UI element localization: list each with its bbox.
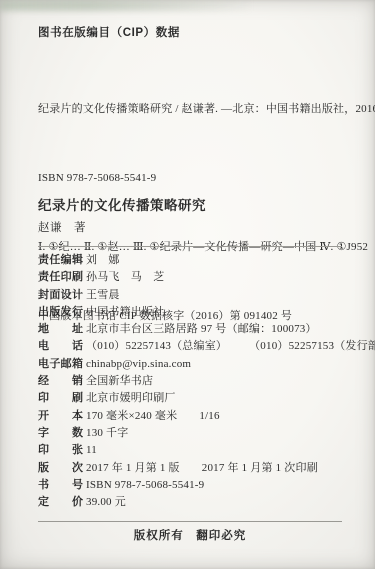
colophon-value: ISBN 978-7-5068-5541-9 [86, 477, 204, 494]
colophon-label: 定价 [38, 494, 83, 511]
colophon-row-printer: 印刷 北京市媛明印刷厂 [38, 390, 347, 407]
book-author: 赵谦 著 [38, 221, 347, 236]
book-copyright-page: 图书在版编目（CIP）数据 纪录片的文化传播策略研究 / 赵谦著. —北京：中国… [0, 0, 375, 569]
colophon-row-word-count: 字数 130 千字 [38, 425, 347, 442]
title-block: 纪录片的文化传播策略研究 赵谦 著 [38, 198, 347, 236]
book-title: 纪录片的文化传播策略研究 [38, 198, 347, 214]
colophon-label: 经销 [38, 373, 83, 390]
colophon-value: 全国新华书店 [86, 373, 153, 390]
colophon-value: 2017 年 1 月第 1 版 [86, 460, 180, 477]
cip-line-isbn: ISBN 978-7-5068-5541-9 [38, 167, 347, 190]
divider-bottom [38, 521, 342, 522]
colophon-row-cover-design: 封面设计 王雪晨 [38, 287, 347, 304]
divider-top [38, 246, 342, 247]
colophon-value: 39.00 元 [86, 494, 126, 511]
colophon-value: 孙马飞 马 芝 [86, 269, 164, 286]
colophon-row-sheets: 印张 11 [38, 442, 347, 459]
colophon-label: 电话 [38, 338, 83, 355]
colophon-row-distribution: 经销 全国新华书店 [38, 373, 347, 390]
colophon-row-editor: 责任编辑 刘 娜 [38, 252, 347, 269]
colophon-value: 中国书籍出版社 [86, 304, 164, 321]
colophon-label: 书号 [38, 477, 83, 494]
colophon-label: 版次 [38, 460, 83, 477]
colophon-list: 责任编辑 刘 娜 责任印刷 孙马飞 马 芝 封面设计 王雪晨 出版发行 中国书籍… [38, 252, 347, 511]
colophon-label: 责任印刷 [38, 269, 83, 286]
colophon-value: 刘 娜 [86, 252, 120, 269]
copyright-notice: 版权所有 翻印必究 [38, 528, 342, 544]
colophon-row-format: 开本 170 毫米×240 毫米 1/16 [38, 408, 347, 425]
colophon-value: 王雪晨 [86, 287, 120, 304]
colophon-value: 北京市丰台区三路居路 97 号（邮编：100073） [86, 321, 317, 338]
colophon-label: 出版发行 [38, 304, 83, 321]
colophon-row-address: 地址 北京市丰台区三路居路 97 号（邮编：100073） [38, 321, 347, 338]
colophon-label: 地址 [38, 321, 83, 338]
colophon-row-publisher: 出版发行 中国书籍出版社 [38, 304, 347, 321]
colophon-label: 封面设计 [38, 287, 83, 304]
colophon-label: 印张 [38, 442, 83, 459]
colophon-row-isbn: 书号 ISBN 978-7-5068-5541-9 [38, 477, 347, 494]
colophon-label: 责任编辑 [38, 252, 83, 269]
colophon-label: 开本 [38, 408, 83, 425]
colophon-label: 印刷 [38, 390, 83, 407]
colophon-value-2: 2017 年 1 月第 1 次印刷 [202, 460, 318, 477]
colophon-row-print-supervisor: 责任印刷 孙马飞 马 芝 [38, 269, 347, 286]
colophon-value-2: （010）52257153（发行部） [249, 338, 375, 355]
colophon-value: （010）52257143（总编室） [86, 338, 227, 355]
page-top-smudge [0, 0, 250, 11]
colophon-value-2: 1/16 [199, 408, 219, 425]
colophon-value: chinabp@vip.sina.com [86, 356, 191, 373]
colophon-value: 170 毫米×240 毫米 [86, 408, 177, 425]
colophon-label: 电子邮箱 [38, 356, 83, 373]
colophon-value: 北京市媛明印刷厂 [86, 390, 176, 407]
colophon-label: 字数 [38, 425, 83, 442]
colophon-row-edition: 版次 2017 年 1 月第 1 版 2017 年 1 月第 1 次印刷 [38, 460, 347, 477]
colophon-value: 130 千字 [86, 425, 128, 442]
cip-header: 图书在版编目（CIP）数据 [38, 26, 347, 40]
colophon-row-price: 定价 39.00 元 [38, 494, 347, 511]
cip-line-bibliographic: 纪录片的文化传播策略研究 / 赵谦著. —北京：中国书籍出版社，2016.5 [38, 98, 347, 121]
colophon-row-phone: 电话 （010）52257143（总编室） （010）52257153（发行部） [38, 338, 347, 355]
colophon-row-email: 电子邮箱 chinabp@vip.sina.com [38, 356, 347, 373]
colophon-value: 11 [86, 442, 97, 459]
